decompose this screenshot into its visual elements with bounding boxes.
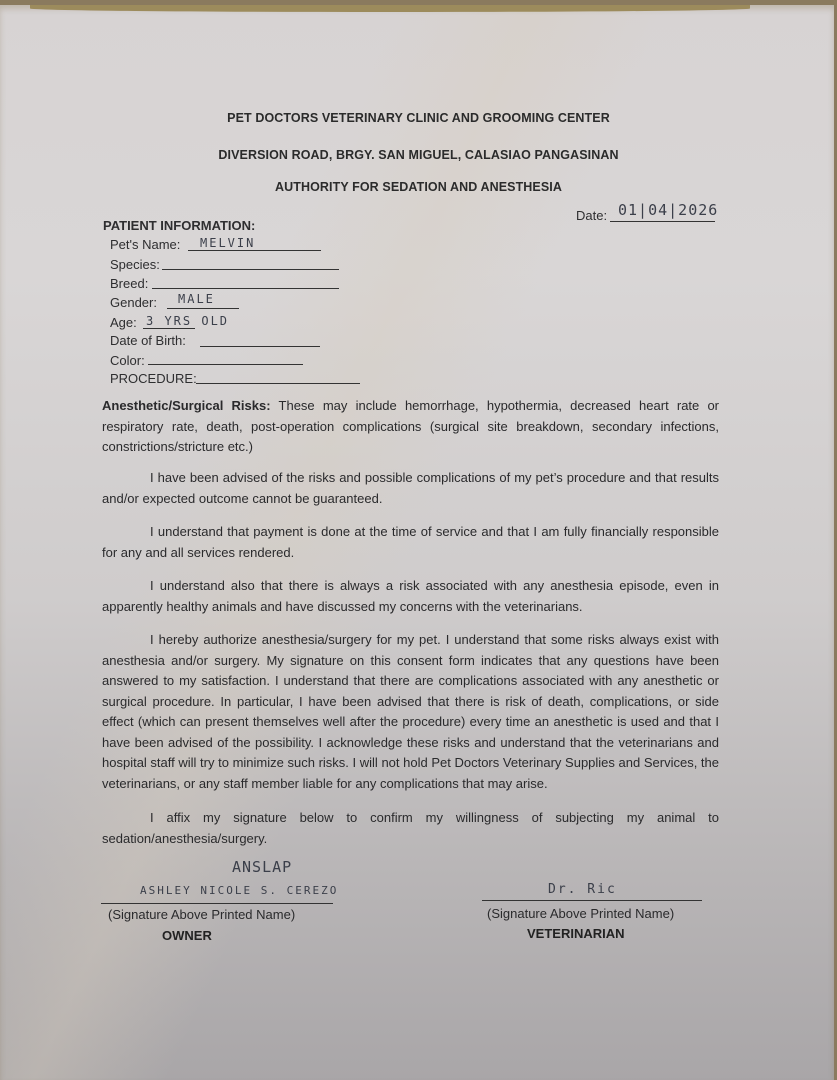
owner-printed-name[interactable]: ASHLEY NICOLE S. CEREZO xyxy=(140,884,338,897)
pets-name-line xyxy=(188,250,321,251)
color-line[interactable] xyxy=(148,364,303,365)
pets-name-value[interactable]: MELVIN xyxy=(200,236,255,250)
owner-signature-line xyxy=(101,903,333,904)
clinic-name: PET DOCTORS VETERINARY CLINIC AND GROOMI… xyxy=(0,111,837,125)
vet-signature-line xyxy=(482,900,702,901)
advised-paragraph: I have been advised of the risks and pos… xyxy=(102,468,719,509)
risks-label: Anesthetic/Surgical Risks: xyxy=(102,398,271,413)
date-of-birth-label: Date of Birth: xyxy=(110,333,186,348)
patient-info-heading: PATIENT INFORMATION: xyxy=(103,218,255,233)
breed-label: Breed: xyxy=(110,276,148,291)
date-line xyxy=(610,221,715,222)
gender-line xyxy=(167,308,239,309)
vet-printed-name[interactable]: Dr. Ric xyxy=(548,882,617,897)
owner-signature-caption: (Signature Above Printed Name) xyxy=(108,907,295,922)
species-line[interactable] xyxy=(162,269,339,270)
anesthesia-risk-paragraph: I understand also that there is always a… xyxy=(102,576,719,617)
vet-role: VETERINARIAN xyxy=(527,926,625,941)
form-title: AUTHORITY FOR SEDATION AND ANESTHESIA xyxy=(0,180,837,194)
pets-name-label: Pet's Name: xyxy=(110,237,180,252)
affix-signature-paragraph: I affix my signature below to confirm my… xyxy=(102,808,719,849)
paper-top-edge xyxy=(30,5,750,12)
age-line xyxy=(143,328,195,329)
color-label: Color: xyxy=(110,353,145,368)
procedure-line[interactable] xyxy=(196,383,360,384)
risks-paragraph: Anesthetic/Surgical Risks: These may inc… xyxy=(102,396,719,458)
vet-signature-caption: (Signature Above Printed Name) xyxy=(487,906,674,921)
species-label: Species: xyxy=(110,257,160,272)
owner-signature[interactable]: ANSLAP xyxy=(232,858,292,876)
authorization-paragraph: I hereby authorize anesthesia/surgery fo… xyxy=(102,630,719,794)
clinic-address: DIVERSION ROAD, BRGY. SAN MIGUEL, CALASI… xyxy=(0,148,837,162)
date-of-birth-line[interactable] xyxy=(200,346,320,347)
date-label: Date: xyxy=(576,208,607,223)
gender-label: Gender: xyxy=(110,295,157,310)
payment-paragraph: I understand that payment is done at the… xyxy=(102,522,719,563)
age-label: Age: xyxy=(110,315,137,330)
breed-line[interactable] xyxy=(152,288,339,289)
procedure-label: PROCEDURE: xyxy=(110,371,197,386)
owner-role: OWNER xyxy=(162,928,212,943)
date-value[interactable]: 01|04|2026 xyxy=(618,201,718,219)
age-value[interactable]: 3 YRS OLD xyxy=(146,314,229,328)
gender-value[interactable]: MALE xyxy=(178,292,215,306)
